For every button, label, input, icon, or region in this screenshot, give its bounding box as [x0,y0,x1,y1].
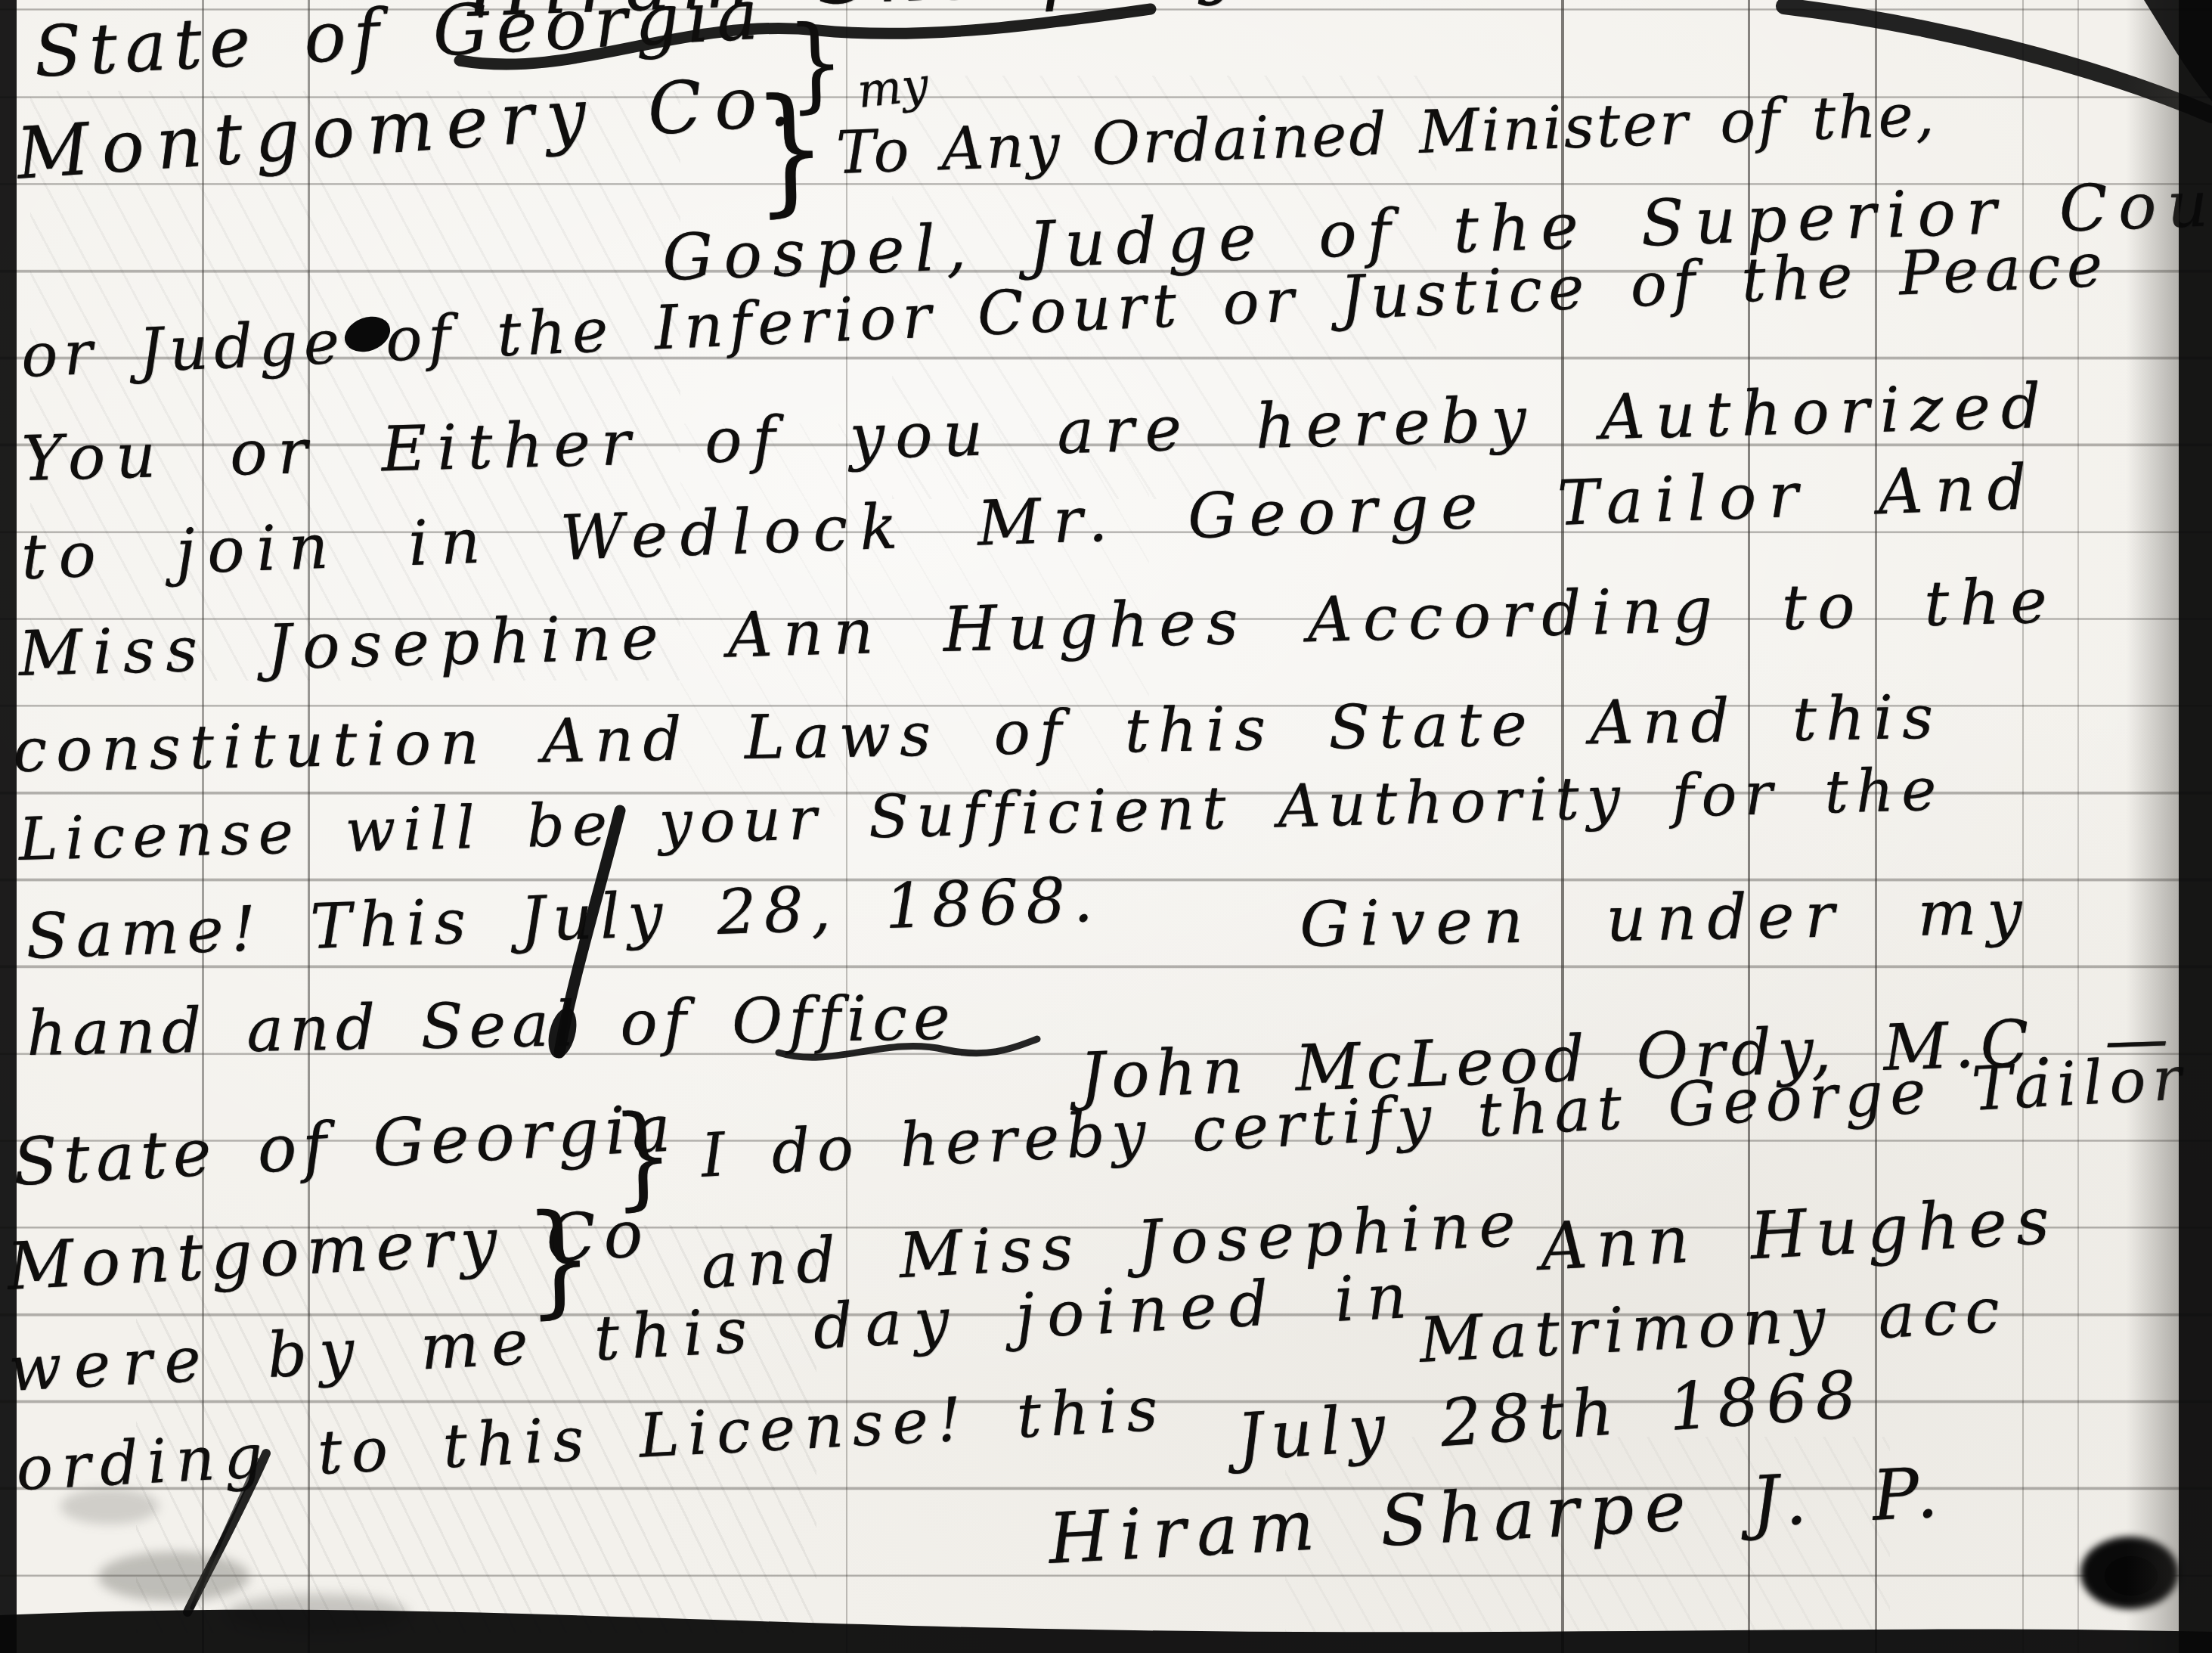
certificate-body-line-3b: Matrimony acc [1417,1274,2009,1377]
certificate-body-line-4b: July 28th 1868 [1235,1357,1867,1476]
pencil-smudge [227,1594,408,1633]
license-body-line-6-given: Given under my [1299,876,2033,961]
scan-edge-left [0,0,17,1653]
license-body-line-3: Miss Josephine Ann Hughes According to t… [18,565,2059,690]
pencil-smudge [98,1552,249,1602]
license-annotation: my [854,57,931,119]
scan-shadow-right [2126,0,2179,1653]
license-body-line-6-date: Same! This July 28, 1868. [25,864,1101,973]
certificate-body-line-2b: Ann Hughes [1538,1183,2060,1285]
certificate-signature: Hiram Sharpe J. P. [1046,1452,1950,1580]
scan-edge-right [2179,0,2212,1653]
license-brace-county: } [751,67,829,231]
scanned-ledger-page: Hiram Sharpe J. P. State of Georgia } my… [0,0,2212,1653]
license-body-line-7: hand and Seal of Office [26,982,956,1070]
license-salutation-line-1: To Any Ordained Minister of the, [835,81,1938,188]
certificate-place-state: State of Georgia [11,1090,679,1201]
